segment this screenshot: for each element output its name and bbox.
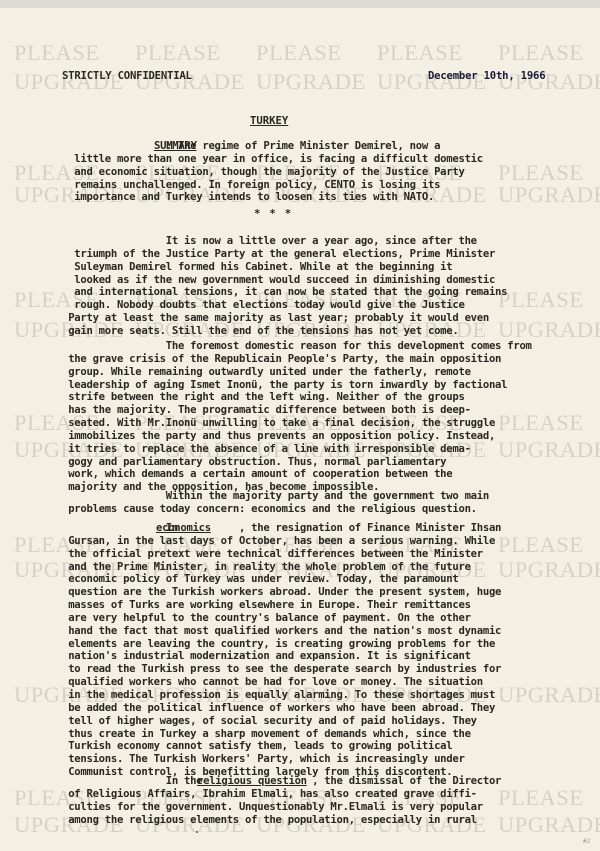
classification-label: STRICTLY CONFIDENTIAL xyxy=(62,70,192,82)
ink-speck xyxy=(196,831,198,833)
paragraph-problems: Within the majority party and the govern… xyxy=(56,490,489,516)
paragraph-economics: economics In , the resignation of Financ… xyxy=(56,522,501,779)
paragraph-religion: religious question In the , the dismissa… xyxy=(56,775,501,826)
summary-label: SUMMARY xyxy=(154,140,197,153)
document-date: December 10th, 1966 xyxy=(428,70,545,82)
paragraph-text: Within the majority party and the govern… xyxy=(56,490,489,515)
paragraph-elections: It is now a little over a year ago, sinc… xyxy=(56,235,507,338)
religion-heading: religious question xyxy=(197,775,307,788)
economics-heading: economics xyxy=(156,522,211,535)
paragraph-opposition: The foremost domestic reason for this de… xyxy=(56,340,532,494)
paragraph-text: It is now a little over a year ago, sinc… xyxy=(56,235,507,337)
summary-text: : The regime of Prime Minister Demirel, … xyxy=(56,140,483,203)
document-title: TURKEY xyxy=(250,115,288,127)
page-marker: #2 xyxy=(583,838,590,845)
section-separator: *** xyxy=(254,208,300,220)
document-page: STRICTLY CONFIDENTIAL December 10th, 196… xyxy=(0,0,600,851)
paragraph-text: In , the resignation of Finance Minister… xyxy=(56,522,501,778)
summary-paragraph: SUMMARY : The regime of Prime Minister D… xyxy=(56,140,483,204)
paragraph-text: The foremost domestic reason for this de… xyxy=(56,340,532,493)
